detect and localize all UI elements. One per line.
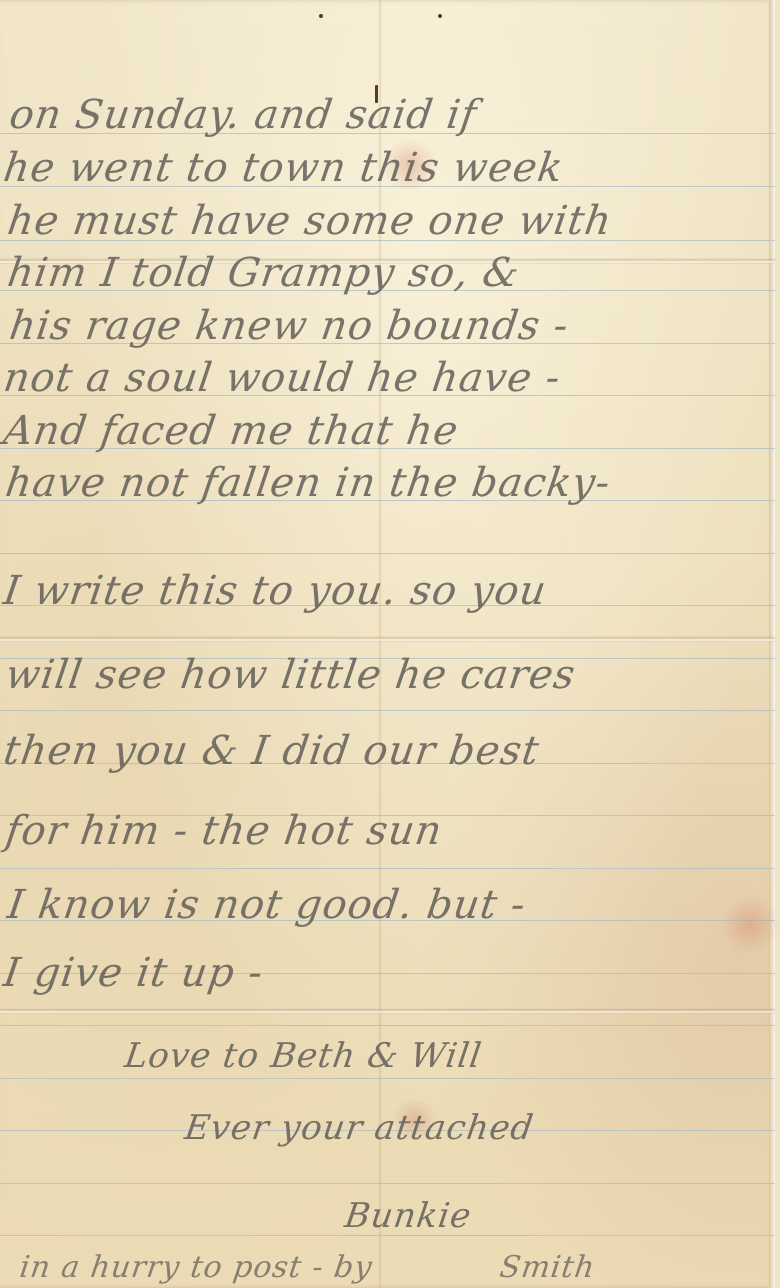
pin-hole xyxy=(319,14,323,18)
ruled-line xyxy=(0,710,775,711)
letter-line: I know is not good. but - xyxy=(5,882,529,928)
ruled-line xyxy=(0,1025,775,1026)
love-line: Love to Beth & Will xyxy=(122,1036,484,1076)
letter-line: for him - the hot sun xyxy=(3,808,446,854)
horizontal-fold xyxy=(0,1008,775,1014)
letter-line: I give it up - xyxy=(1,950,267,996)
letter-line: on Sunday. and said if xyxy=(7,92,480,138)
vertical-fold xyxy=(378,0,382,1288)
letter-line: will see how little he cares xyxy=(3,652,579,698)
paper-edge xyxy=(769,0,775,1288)
horizontal-fold xyxy=(0,636,775,642)
letter-line: And faced me that he xyxy=(1,408,462,454)
postscript: in a hurry to post - by xyxy=(18,1250,375,1285)
ruled-line xyxy=(0,553,775,554)
letter-line: not a soul would he have - xyxy=(1,355,564,401)
pin-hole xyxy=(438,14,442,18)
signature: Bunkie xyxy=(342,1196,474,1236)
stain xyxy=(720,895,780,955)
letter-line: him I told Grampy so, & xyxy=(5,250,523,296)
letter-line: then you & I did our best xyxy=(1,728,543,774)
ruled-line xyxy=(0,868,775,869)
ruled-line xyxy=(0,1183,775,1184)
valediction: Ever your attached xyxy=(182,1108,536,1148)
letter-line: he went to town this week xyxy=(1,145,567,191)
postscript-name: Smith xyxy=(498,1250,598,1285)
ruled-line xyxy=(0,1078,775,1079)
letter-line: his rage knew no bounds - xyxy=(7,303,572,349)
letter-line: I write this to you. so you xyxy=(1,568,550,614)
letter-line: he must have some one with xyxy=(5,198,615,244)
letter-page: on Sunday. and said if he went to town t… xyxy=(0,0,775,1288)
letter-line: have not fallen in the backy- xyxy=(3,460,614,506)
